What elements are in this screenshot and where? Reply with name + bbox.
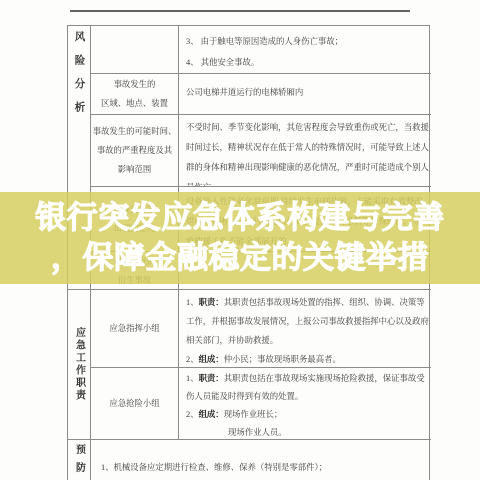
label-cell-severity: 事故发生的可能时间、 事故的严重程度及其 影响范围 xyxy=(91,114,179,186)
command-line4: 2、组成：仲小民；事故现场职务最高者。 xyxy=(186,350,427,367)
accidents-line1: 3、 由于触电等原因造成的人身伤亡事故； xyxy=(186,31,427,52)
document-page: 风险分析 应急工作职责 预防 事故发生的 区域、地点、装置 事故发生的可能时间、… xyxy=(0,0,480,480)
rescue-line3: 2、组成：现场作业班长； xyxy=(186,406,427,424)
section-label-prevention: 预防 xyxy=(70,440,89,480)
label-cell-empty xyxy=(91,26,179,73)
location-line1: 公司电梯井道运行的电梯轿厢内 xyxy=(186,83,427,102)
severity-line2: 时间过长，精神状况存在低于常人的特殊情况时，可能导致上述人 xyxy=(186,138,427,158)
command-line1: 1、职责：其职责包括事故现场处置的指挥、组织、协调、决策等 xyxy=(186,293,427,312)
label-severity-line2: 事故的严重程度及其 xyxy=(91,141,178,160)
section-cell-duty: 应急工作职责 xyxy=(68,289,91,439)
content-cell-accidents: 3、 由于触电等原因造成的人身伤亡事故； 4、 其他安全事故。 xyxy=(179,26,431,73)
label-severity-line3: 影响范围 xyxy=(91,160,178,179)
rescue-line2: 伤人员能及时得到有效的处置。 xyxy=(186,388,427,406)
banner-title-line1: 银行突发应急体系构建与完善 xyxy=(35,198,445,238)
section-label-duty: 应急工作职责 xyxy=(70,327,89,402)
content-cell-rescue: 1、职责：其职责包括在事故现场实施现场抢险救援，保证事故受 伤人员能及时得到有效… xyxy=(179,367,431,439)
command-line3: 相关部门，并协助救援。 xyxy=(186,331,427,350)
label-location-line1: 事故发生的 xyxy=(91,75,178,94)
rescue-line1: 1、职责：其职责包括在事故现场实施现场抢险救援，保证事故受 xyxy=(186,370,427,388)
content-cell-command: 1、职责：其职责包括事故现场处置的指挥、组织、协调、决策等 工作，并根据事故发展… xyxy=(179,289,431,367)
content-cell-location: 公司电梯井道运行的电梯轿厢内 xyxy=(179,73,431,114)
label-cell-location: 事故发生的 区域、地点、装置 xyxy=(91,73,179,114)
severity-line3: 群的身体和精神出现影响健康的恶化情况，严重时可能造成个别人 xyxy=(186,158,427,178)
label-command-team: 应急指挥小组 xyxy=(91,319,178,338)
severity-line4: 员伤亡。 xyxy=(186,178,427,186)
accidents-line2: 4、 其他安全事故。 xyxy=(186,52,427,73)
content-cell-severity: 不受时间、季节变化影响，其危害程度会导致重伤或死亡，当救援 时间过长，精神状况存… xyxy=(179,114,431,186)
severity-line1: 不受时间、季节变化影响，其危害程度会导致重伤或死亡，当救援 xyxy=(186,118,427,138)
label-cell-rescue-team: 应急抢险小组 xyxy=(91,367,179,439)
page-top-rule xyxy=(70,10,410,12)
prevention-line1: 1、机械设备应定期进行检查、维修、保养（特别是零部件）； xyxy=(101,458,431,477)
label-severity-line1: 事故发生的可能时间、 xyxy=(91,122,178,141)
section-cell-prevention: 预防 xyxy=(68,439,91,480)
label-location-line2: 区域、地点、装置 xyxy=(91,94,178,113)
label-cell-command-team: 应急指挥小组 xyxy=(91,289,179,367)
banner-title-line2: ，保障金融稳定的关键举措 xyxy=(51,238,429,278)
rescue-line4: 现场作业人员。 xyxy=(186,424,427,439)
title-banner-overlay: 银行突发应急体系构建与完善 ，保障金融稳定的关键举措 xyxy=(0,192,480,284)
command-line2: 工作，并根据事故发展情况，上报公司事故救援指挥中心以及政府 xyxy=(186,312,427,331)
label-rescue-team: 应急抢险小组 xyxy=(91,394,178,413)
content-cell-prevention: 1、机械设备应定期进行检查、维修、保养（特别是零部件）； xyxy=(91,439,431,480)
